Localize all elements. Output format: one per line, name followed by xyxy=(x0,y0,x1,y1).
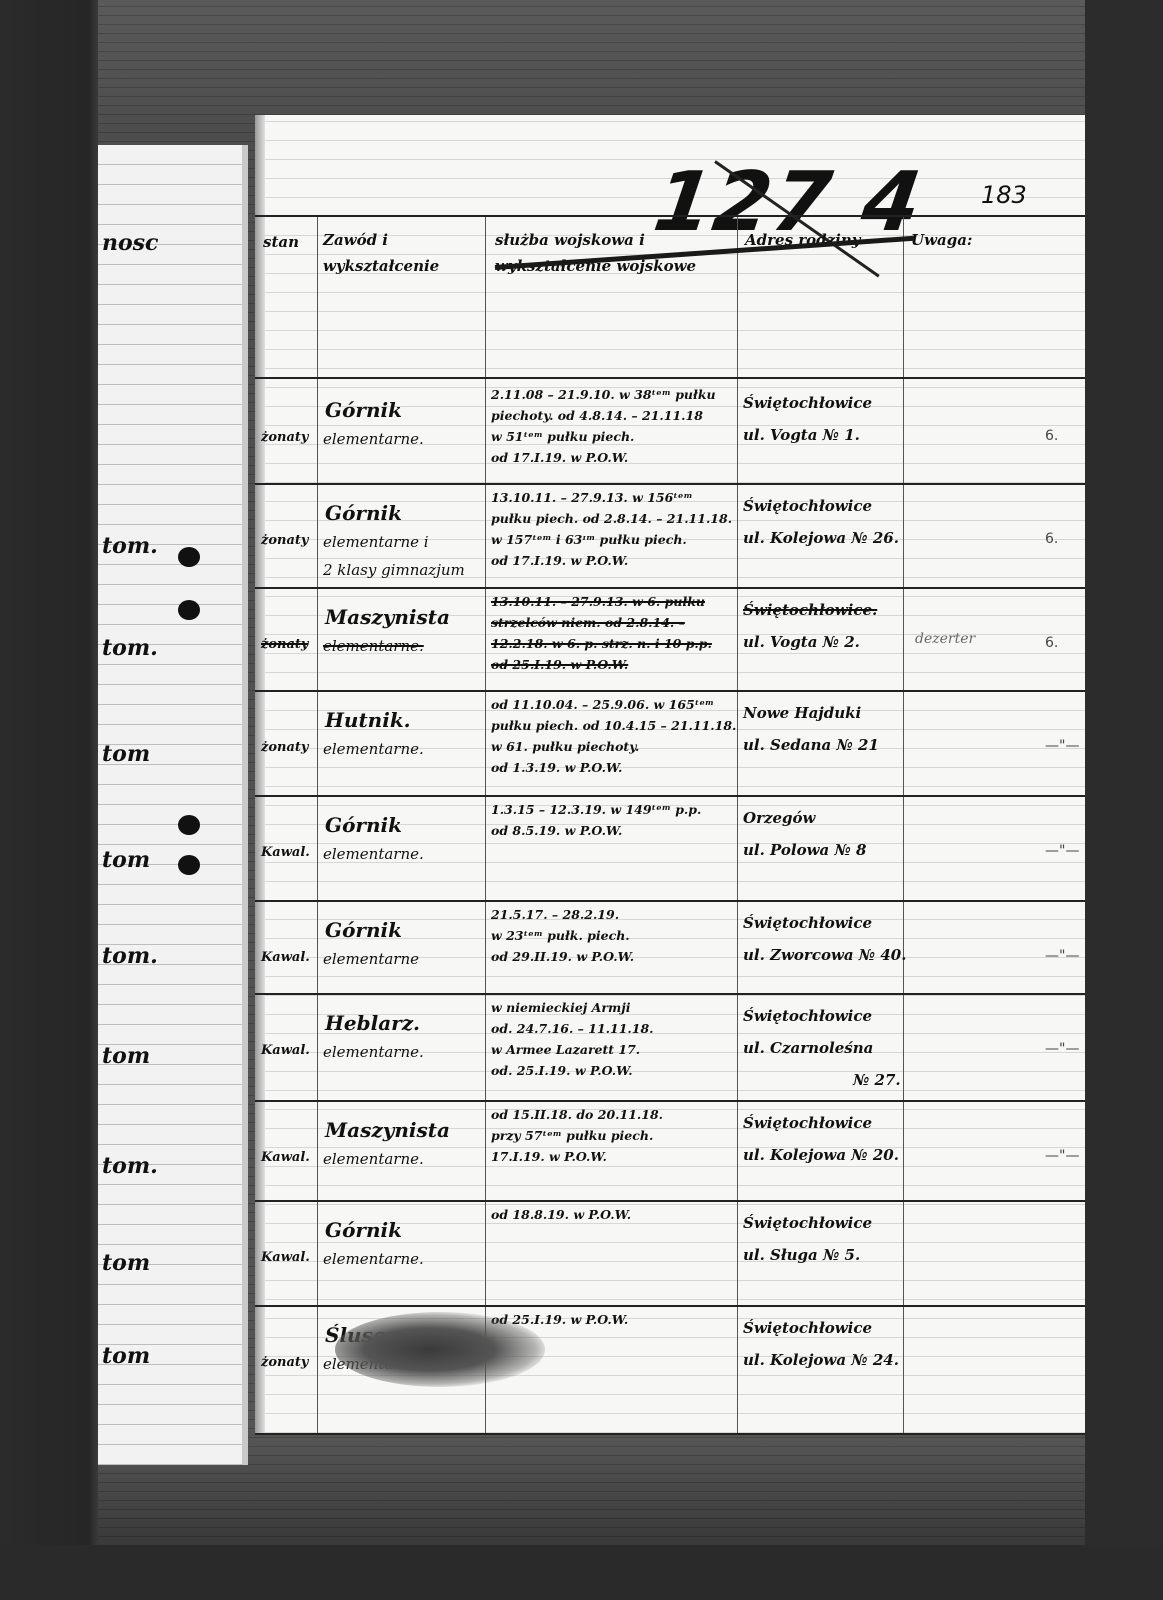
marital-status: żonaty xyxy=(261,533,309,548)
family-address: ul. Kolejowa № 20. xyxy=(743,1140,899,1170)
row-divider xyxy=(255,1200,1085,1202)
header-military-line1: służba wojskowa i xyxy=(495,231,645,249)
military-service: od 29.II.19. w P.O.W. xyxy=(491,948,634,966)
marital-status: żonaty xyxy=(261,1355,309,1370)
family-address: ul. Zworcowa № 40. xyxy=(743,940,906,970)
marital-status: Kawal. xyxy=(261,1250,310,1265)
punch-hole xyxy=(178,547,200,567)
marital-status: Kawal. xyxy=(261,1043,310,1058)
education: elementarne. xyxy=(323,740,424,758)
education: elementarne. xyxy=(323,1250,424,1268)
family-address: ul. Vogta № 1. xyxy=(743,420,860,450)
family-address: ul. Sługa № 5. xyxy=(743,1240,860,1270)
family-address: ul. Vogta № 2. xyxy=(743,627,860,657)
row-divider xyxy=(255,215,1085,217)
left-page-fragment: tom. xyxy=(102,1153,158,1179)
margin-mark: 6. xyxy=(1045,635,1058,651)
margin-mark: —"— xyxy=(1045,843,1079,859)
family-address: ul. Kolejowa № 24. xyxy=(743,1345,899,1375)
row-divider xyxy=(255,993,1085,995)
column-divider xyxy=(737,215,738,1433)
occupation: Górnik xyxy=(325,1218,402,1242)
punch-hole xyxy=(178,855,200,875)
family-address: Nowe Hajduki xyxy=(743,698,861,728)
military-service: w 61. pułku piechoty. xyxy=(491,738,639,756)
education: elementarne. xyxy=(323,1043,424,1061)
marital-status: żonaty xyxy=(261,637,309,652)
marital-status: Kawal. xyxy=(261,845,310,860)
margin-mark: —"— xyxy=(1045,738,1079,754)
margin-mark: —"— xyxy=(1045,1148,1079,1164)
occupation: Górnik xyxy=(325,501,402,525)
education: elementarne. xyxy=(323,637,424,655)
military-service: od 15.II.18. do 20.11.18. xyxy=(491,1106,663,1124)
family-address: Świętochłowice xyxy=(743,491,872,521)
row-divider xyxy=(255,1433,1085,1435)
occupation: Maszynista xyxy=(325,1118,450,1142)
family-address: ul. Czarnoleśna xyxy=(743,1033,873,1063)
family-address: Świętochłowice xyxy=(743,908,872,938)
occupation: Górnik xyxy=(325,398,402,422)
left-page-fragment: tom xyxy=(102,1343,150,1369)
military-service: od 17.I.19. w P.O.W. xyxy=(491,552,628,570)
ink-blot xyxy=(335,1312,545,1387)
column-divider xyxy=(903,215,904,1433)
column-divider xyxy=(485,215,486,1433)
military-service: strzelców niem. od 2.8.14. – xyxy=(491,614,685,632)
page-number: 183 xyxy=(981,181,1027,209)
header-notes: Uwaga: xyxy=(911,231,972,249)
family-address: ul. Polowa № 8 xyxy=(743,835,866,865)
family-address: Świętochłowice xyxy=(743,388,872,418)
left-page-fragment: tom. xyxy=(102,943,158,969)
punch-hole xyxy=(178,815,200,835)
military-service: od 11.10.04. – 25.9.06. w 165ᵗᵉᵐ xyxy=(491,696,714,714)
education: elementarne. xyxy=(323,1150,424,1168)
occupation: Hutnik. xyxy=(325,708,411,732)
header-stan: stan xyxy=(263,233,299,251)
left-page-fragment: tom. xyxy=(102,635,158,661)
military-service: w 157ᵗᵉᵐ i 63ᶦᵐ pułku piech. xyxy=(491,531,687,549)
margin-mark: 6. xyxy=(1045,531,1058,547)
family-address: Świętochłowice. xyxy=(743,595,877,625)
education: elementarne. xyxy=(323,430,424,448)
military-service: w 23ᵗᵉᵐ pułk. piech. xyxy=(491,927,630,945)
military-service: w Armee Lazarett 17. xyxy=(491,1041,640,1059)
left-page-fragment: tom xyxy=(102,1043,150,1069)
marital-status: Kawal. xyxy=(261,950,310,965)
film-frame-bottom xyxy=(0,1545,1163,1600)
family-address: Orzegów xyxy=(743,803,815,833)
marital-status: żonaty xyxy=(261,740,309,755)
occupation: Maszynista xyxy=(325,605,450,629)
family-address: № 27. xyxy=(853,1065,901,1095)
margin-mark: 6. xyxy=(1045,428,1058,444)
row-divider xyxy=(255,1100,1085,1102)
row-divider xyxy=(255,900,1085,902)
family-address: ul. Sedana № 21 xyxy=(743,730,879,760)
row-divider xyxy=(255,483,1085,485)
military-service: od 1.3.19. w P.O.W. xyxy=(491,759,622,777)
left-page-fragment: tom xyxy=(102,847,150,873)
row-divider xyxy=(255,587,1085,589)
military-service: pułku piech. od 2.8.14. – 21.11.18. xyxy=(491,510,732,528)
header-occupation-line2: wykształcenie xyxy=(323,257,439,275)
row-divider xyxy=(255,690,1085,692)
register-page: 127 4 183 stan Zawód i wykształcenie słu… xyxy=(255,115,1085,1433)
occupation: Górnik xyxy=(325,918,402,942)
education: elementarne xyxy=(323,950,419,968)
military-service: od 25.I.19. w P.O.W. xyxy=(491,656,628,674)
row-divider xyxy=(255,795,1085,797)
header-occupation-line1: Zawód i xyxy=(323,231,388,249)
left-page-strip: nosc tom. tom. tom tom tom. tom tom. tom… xyxy=(98,145,248,1465)
left-page-fragment: tom. xyxy=(102,533,158,559)
military-service: 21.5.17. – 28.2.19. xyxy=(491,906,619,924)
family-address: ul. Kolejowa № 26. xyxy=(743,523,899,553)
family-address: Świętochłowice xyxy=(743,1001,872,1031)
punch-hole xyxy=(178,600,200,620)
military-service: przy 57ᵗᵉᵐ pułku piech. xyxy=(491,1127,653,1145)
marital-status: Kawal. xyxy=(261,1150,310,1165)
margin-mark: —"— xyxy=(1045,948,1079,964)
military-service: w 51ᵗᵉᵐ pułku piech. xyxy=(491,428,634,446)
military-service: 17.I.19. w P.O.W. xyxy=(491,1148,607,1166)
family-address: Świętochłowice xyxy=(743,1108,872,1138)
education: elementarne. xyxy=(323,845,424,863)
column-divider xyxy=(317,215,318,1433)
military-service: piechoty. od 4.8.14. – 21.11.18 xyxy=(491,407,703,425)
military-service: w niemieckiej Armji xyxy=(491,999,630,1017)
military-service: od 18.8.19. w P.O.W. xyxy=(491,1206,631,1224)
row-divider xyxy=(255,377,1085,379)
military-service: 12.2.18. w 6. p. strz. n. i 10 p.p. xyxy=(491,635,712,653)
family-address: Świętochłowice xyxy=(743,1208,872,1238)
left-page-header-fragment: nosc xyxy=(102,230,158,256)
military-service: pułku piech. od 10.4.15 – 21.11.18. xyxy=(491,717,736,735)
binding-shadow xyxy=(10,0,98,1600)
left-page-fragment: tom xyxy=(102,1250,150,1276)
occupation: Górnik xyxy=(325,813,402,837)
military-service: 13.10.11. – 27.9.13. w 156ᵗᵉᵐ xyxy=(491,489,693,507)
left-page-fragment: tom xyxy=(102,741,150,767)
row-divider xyxy=(255,1305,1085,1307)
military-service: 2.11.08 – 21.9.10. w 38ᵗᵉᵐ pułku xyxy=(491,386,716,404)
family-address: Świętochłowice xyxy=(743,1313,872,1343)
film-frame-right xyxy=(1085,0,1163,1600)
education: 2 klasy gimnazjum xyxy=(323,561,465,579)
military-service: od. 25.I.19. w P.O.W. xyxy=(491,1062,633,1080)
marital-status: żonaty xyxy=(261,430,309,445)
military-service: 13.10.11. – 27.9.13. w 6. pułku xyxy=(491,593,705,611)
military-service: 1.3.15 – 12.3.19. w 149ᵗᵉᵐ p.p. xyxy=(491,801,701,819)
military-service: od 17.I.19. w P.O.W. xyxy=(491,449,628,467)
notes: dezerter xyxy=(915,631,975,647)
military-service: od. 24.7.16. – 11.11.18. xyxy=(491,1020,654,1038)
education: elementarne i xyxy=(323,533,429,551)
margin-mark: —"— xyxy=(1045,1041,1079,1057)
military-service: od 8.5.19. w P.O.W. xyxy=(491,822,622,840)
occupation: Heblarz. xyxy=(325,1011,420,1035)
